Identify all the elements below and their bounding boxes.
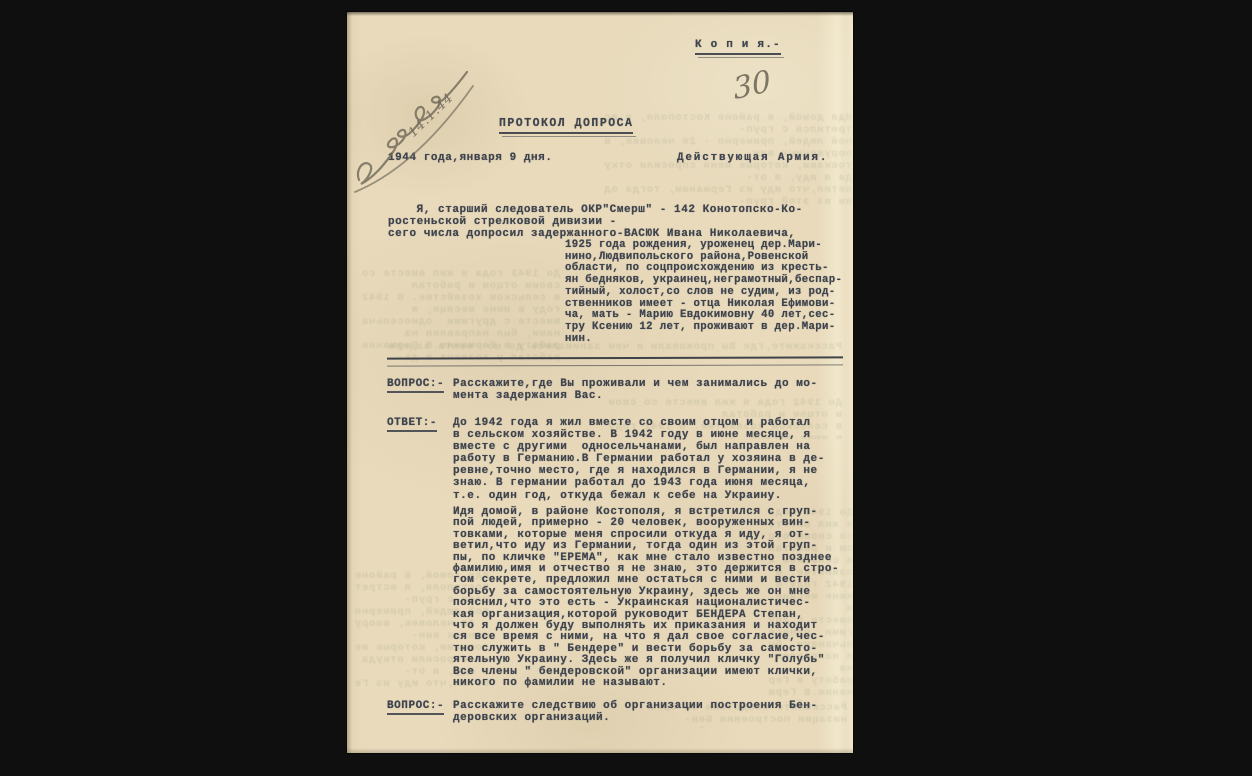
document-title: ПРОТОКОЛ ДОПРОСА [499, 118, 633, 134]
preamble-paragraph: Я, старший следователь ОКР"Смерш" - 142 … [388, 204, 803, 240]
sheet-number-handwritten: 30 [731, 64, 772, 108]
question1-label: ВОПРОС:- [387, 378, 444, 393]
question1-label-text: ВОПРОС:- [387, 378, 444, 393]
copy-stamp: К о п и я.- [695, 39, 781, 55]
question1-text: Расскажите,где Вы проживали и чем занима… [453, 378, 818, 402]
copy-stamp-label: К о п и я.- [695, 39, 781, 55]
answer1-paragraph1: До 1942 года я жил вместе со своим отцом… [453, 417, 825, 502]
detainee-details-paragraph: 1925 года рождения, уроженец дер.Мари- н… [565, 240, 842, 345]
bleedthrough-text: До 1942 года я жил вместе со своим отцом… [355, 268, 560, 364]
answer1-label: ОТВЕТ:- [387, 417, 437, 432]
section-divider-rule [387, 356, 843, 366]
protocol-place: Действующая Армия. [677, 152, 828, 164]
scanned-document-page: Идя домой, в районе Костополя, я встрети… [347, 12, 853, 753]
answer1-label-text: ОТВЕТ:- [387, 417, 437, 432]
answer1-paragraph2: Идя домой, в районе Костополя, я встрети… [453, 507, 839, 690]
question2-label: ВОПРОС:- [387, 700, 444, 715]
document-title-text: ПРОТОКОЛ ДОПРОСА [499, 118, 633, 134]
question2-text: Расскажите следствию об организации пост… [453, 700, 818, 724]
screenshot-root: { "document": { "stamp": "К о п и я.-", … [0, 0, 1252, 776]
question2-label-text: ВОПРОС:- [387, 700, 444, 715]
